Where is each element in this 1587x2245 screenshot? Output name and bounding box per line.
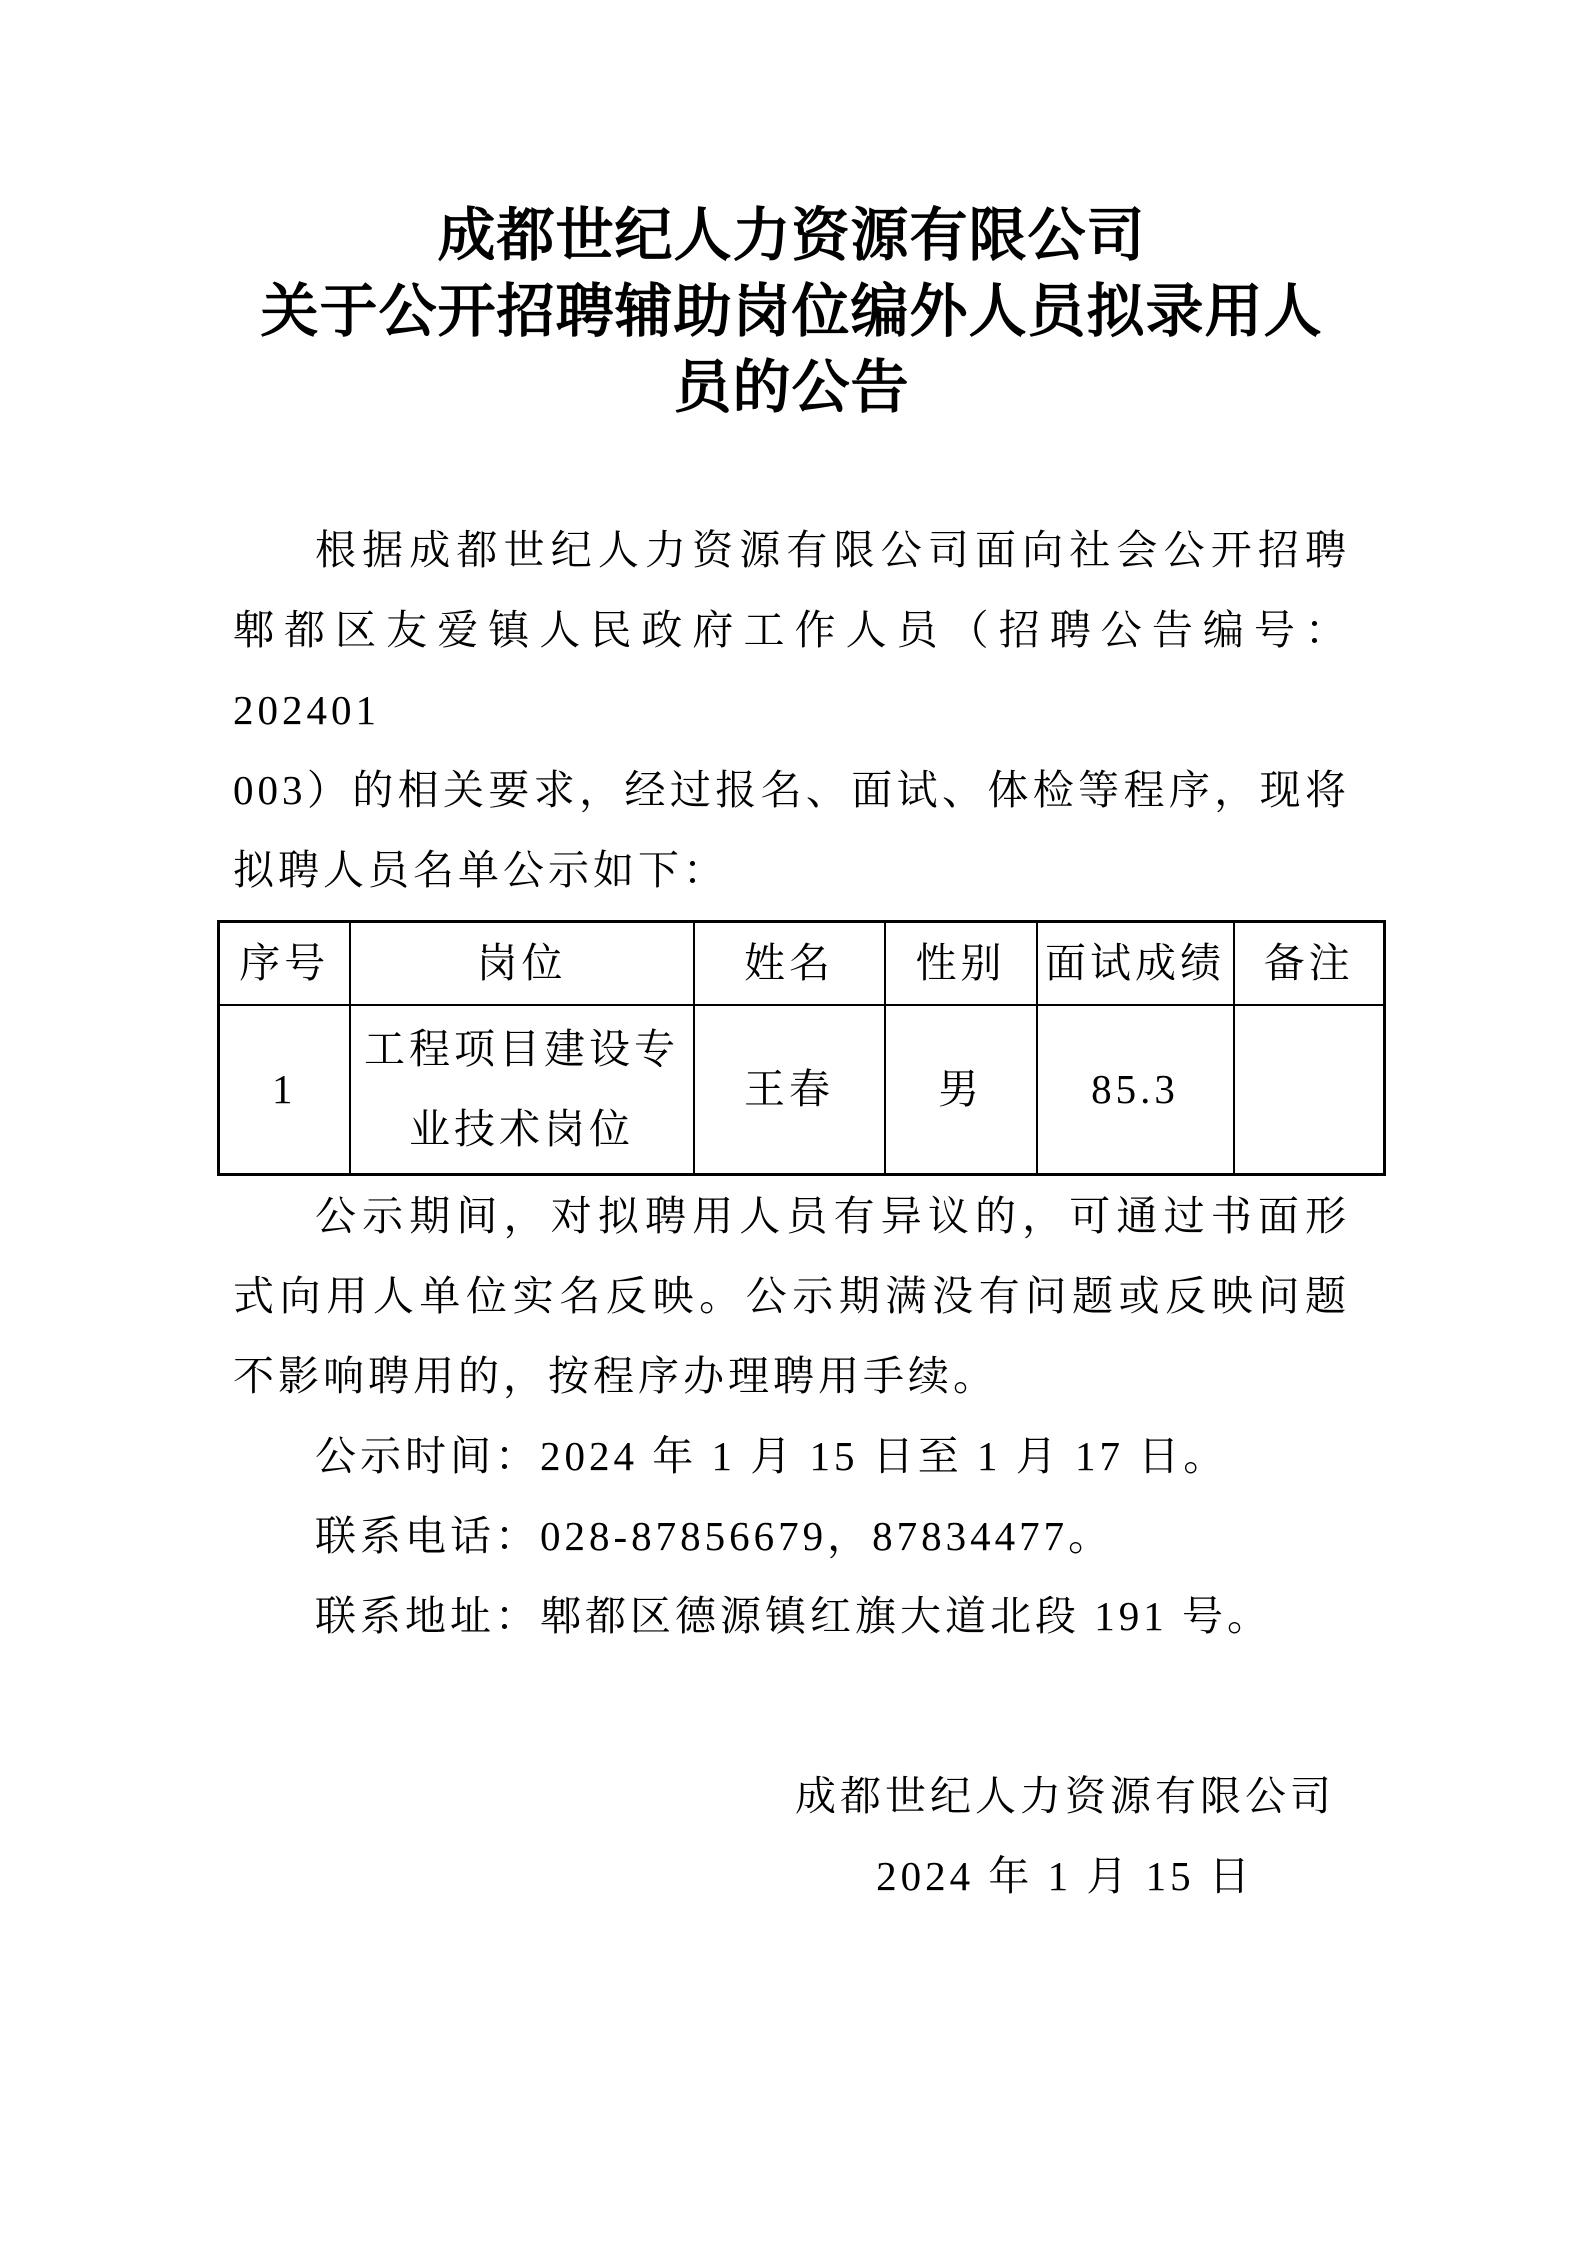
cell-interview-score: 85.3	[1037, 1005, 1234, 1175]
contact-address-line: 联系地址：郫都区德源镇红旗大道北段 191 号。	[233, 1576, 1350, 1656]
intro-line-1: 根据成都世纪人力资源有限公司面向社会公开招聘	[233, 510, 1350, 590]
signature-company: 成都世纪人力资源有限公司	[795, 1756, 1335, 1836]
page-title-line-3: 员的公告	[233, 350, 1350, 426]
page-title-line-1: 成都世纪人力资源有限公司	[233, 198, 1350, 274]
page-title: 成都世纪人力资源有限公司 关于公开招聘辅助岗位编外人员拟录用人 员的公告	[233, 198, 1350, 426]
contact-phone-line: 联系电话：028-87856679，87834477。	[233, 1496, 1350, 1576]
signature-date: 2024 年 1 月 15 日	[795, 1836, 1335, 1916]
objection-paragraph: 公示期间，对拟聘用人员有异议的，可通过书面形 式向用人单位实名反映。公示期满没有…	[233, 1176, 1350, 1416]
table-header-position: 岗位	[350, 922, 694, 1005]
recruitment-table: 序号 岗位 姓名 性别 面试成绩 备注 1 工程项目建设专业技术岗位 王春 男 …	[217, 920, 1386, 1176]
cell-position: 工程项目建设专业技术岗位	[350, 1005, 694, 1175]
intro-line-4: 拟聘人员名单公示如下：	[233, 830, 1350, 910]
intro-paragraph: 根据成都世纪人力资源有限公司面向社会公开招聘 郫都区友爱镇人民政府工作人员（招聘…	[233, 510, 1350, 910]
table-header-no: 序号	[219, 922, 350, 1005]
page-title-line-2: 关于公开招聘辅助岗位编外人员拟录用人	[233, 274, 1350, 350]
objection-line-3: 不影响聘用的，按程序办理聘用手续。	[233, 1336, 1350, 1416]
table-header-row: 序号 岗位 姓名 性别 面试成绩 备注	[219, 922, 1385, 1005]
objection-line-1: 公示期间，对拟聘用人员有异议的，可通过书面形	[233, 1176, 1350, 1256]
signature-block: 成都世纪人力资源有限公司 2024 年 1 月 15 日	[795, 1756, 1335, 1916]
cell-name: 王春	[694, 1005, 885, 1175]
document-page: 成都世纪人力资源有限公司 关于公开招聘辅助岗位编外人员拟录用人 员的公告 根据成…	[0, 0, 1587, 2245]
cell-no: 1	[219, 1005, 350, 1175]
table-header-name: 姓名	[694, 922, 885, 1005]
cell-remark	[1234, 1005, 1385, 1175]
table-header-remark: 备注	[1234, 922, 1385, 1005]
table-row: 1 工程项目建设专业技术岗位 王春 男 85.3	[219, 1005, 1385, 1175]
table-header-gender: 性别	[885, 922, 1037, 1005]
cell-gender: 男	[885, 1005, 1037, 1175]
intro-line-3: 003）的相关要求，经过报名、面试、体检等程序，现将	[233, 750, 1350, 830]
objection-line-2: 式向用人单位实名反映。公示期满没有问题或反映问题	[233, 1256, 1350, 1336]
table-header-interview-score: 面试成绩	[1037, 922, 1234, 1005]
intro-line-2: 郫都区友爱镇人民政府工作人员（招聘公告编号：202401	[233, 590, 1350, 750]
publicity-time-line: 公示时间：2024 年 1 月 15 日至 1 月 17 日。	[233, 1416, 1350, 1496]
